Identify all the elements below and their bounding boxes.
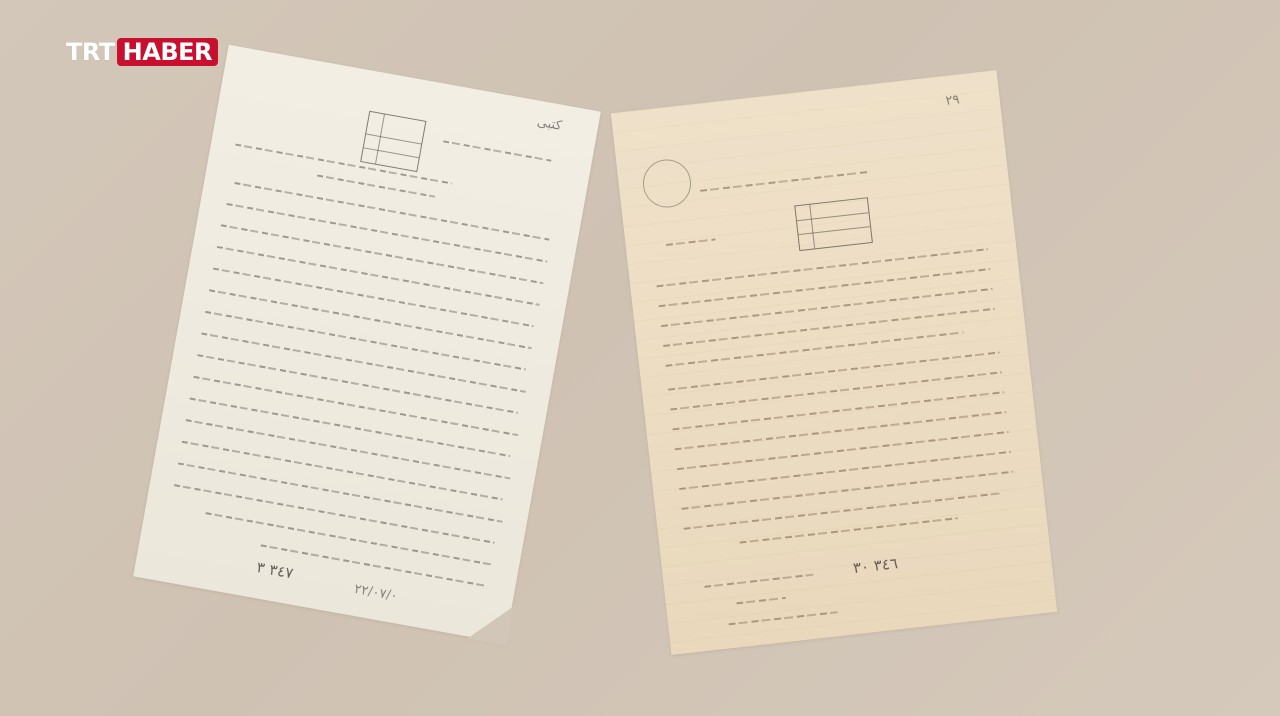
handwritten-line: [659, 268, 991, 307]
handwritten-line: [656, 248, 988, 287]
handwritten-line: [675, 411, 1007, 450]
handwritten-line: [739, 517, 958, 544]
handwritten-line: [736, 597, 786, 605]
handwritten-line: [683, 492, 1001, 530]
trt-haber-logo: TRT HABER: [66, 38, 218, 66]
registry-stamp-icon: [794, 197, 873, 251]
handwritten-line: [205, 512, 491, 565]
document-number: ٣٤٧ ٣: [255, 558, 295, 582]
logo-haber-badge: HABER: [117, 38, 218, 66]
registry-stamp-icon: [360, 111, 426, 172]
folded-corner: [467, 599, 513, 645]
handwritten-line: [700, 171, 869, 192]
handwritten-line: [443, 140, 552, 161]
logo-trt-text: TRT: [66, 38, 115, 66]
right-archival-document: ٢٩ ٣٤٦ ٣٠: [611, 70, 1057, 655]
header-handwritten-note: کتبی: [536, 115, 563, 134]
header-handwritten-note: ٢٩: [945, 92, 961, 108]
handwritten-line: [663, 308, 995, 347]
handwritten-line: [681, 471, 1013, 510]
handwritten-line: [679, 451, 1011, 490]
handwritten-line: [661, 288, 993, 327]
handwritten-line: [666, 238, 716, 246]
handwritten-line: [672, 391, 1004, 430]
document-number: ٣٤٦ ٣٠: [852, 554, 899, 577]
signature-line: [728, 611, 838, 625]
left-archival-document: کتبی ٣٤٧ ٣ ٢٢/٠٧/٠: [133, 45, 601, 643]
handwritten-line: [677, 431, 1009, 470]
round-seal-icon: [640, 157, 693, 210]
date-note: ٢٢/٠٧/٠: [353, 582, 399, 604]
handwritten-line: [670, 371, 1002, 410]
handwritten-line: [704, 574, 814, 588]
handwritten-line: [668, 351, 1000, 390]
